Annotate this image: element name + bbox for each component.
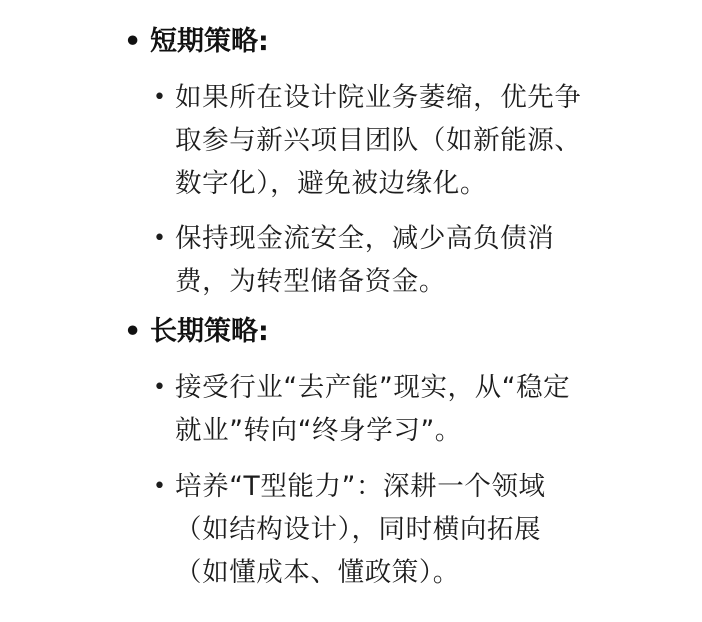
text-line: 接受行业“去产能”现实，从“稳定	[175, 366, 623, 409]
section-heading-short-term: •短期策略:	[124, 24, 269, 60]
text-line: （如结构设计），同时横向拓展	[175, 508, 623, 551]
list-item: • 培养“T型能力”：深耕一个领域 （如结构设计），同时横向拓展 （如懂成本、懂…	[153, 465, 623, 594]
text-line: 就业”转向“终身学习”。	[175, 409, 623, 452]
text-line: 保持现金流安全，减少高负债消	[175, 217, 623, 260]
section-heading-long-term: •长期策略:	[124, 314, 269, 350]
bullet-icon: •	[153, 465, 173, 508]
bullet-icon: •	[124, 24, 150, 60]
text-line: 取参与新兴项目团队（如新能源、	[175, 119, 623, 162]
heading-colon: :	[258, 316, 269, 347]
list-item: • 接受行业“去产能”现实，从“稳定 就业”转向“终身学习”。	[153, 366, 623, 452]
heading-text: 短期策略	[150, 26, 258, 57]
text-line: 培养“T型能力”：深耕一个领域	[175, 465, 623, 508]
list-item-text: 培养“T型能力”：深耕一个领域 （如结构设计），同时横向拓展 （如懂成本、懂政策…	[175, 465, 623, 594]
list-item-text: 保持现金流安全，减少高负债消 费，为转型储备资金。	[175, 217, 623, 303]
heading-text: 长期策略	[150, 316, 258, 347]
bullet-icon: •	[153, 217, 173, 260]
list-item: • 保持现金流安全，减少高负债消 费，为转型储备资金。	[153, 217, 623, 303]
strategy-document: •短期策略: • 如果所在设计院业务萎缩，优先争 取参与新兴项目团队（如新能源、…	[0, 0, 702, 622]
heading-colon: :	[258, 26, 269, 57]
bullet-icon: •	[153, 366, 173, 409]
text-line: （如懂成本、懂政策）。	[175, 551, 623, 594]
list-item-text: 如果所在设计院业务萎缩，优先争 取参与新兴项目团队（如新能源、 数字化），避免被…	[175, 76, 623, 205]
text-line: 如果所在设计院业务萎缩，优先争	[175, 76, 623, 119]
bullet-icon: •	[124, 314, 150, 350]
list-item-text: 接受行业“去产能”现实，从“稳定 就业”转向“终身学习”。	[175, 366, 623, 452]
bullet-icon: •	[153, 76, 173, 119]
list-item: • 如果所在设计院业务萎缩，优先争 取参与新兴项目团队（如新能源、 数字化），避…	[153, 76, 623, 205]
text-line: 费，为转型储备资金。	[175, 260, 623, 303]
text-line: 数字化），避免被边缘化。	[175, 162, 623, 205]
